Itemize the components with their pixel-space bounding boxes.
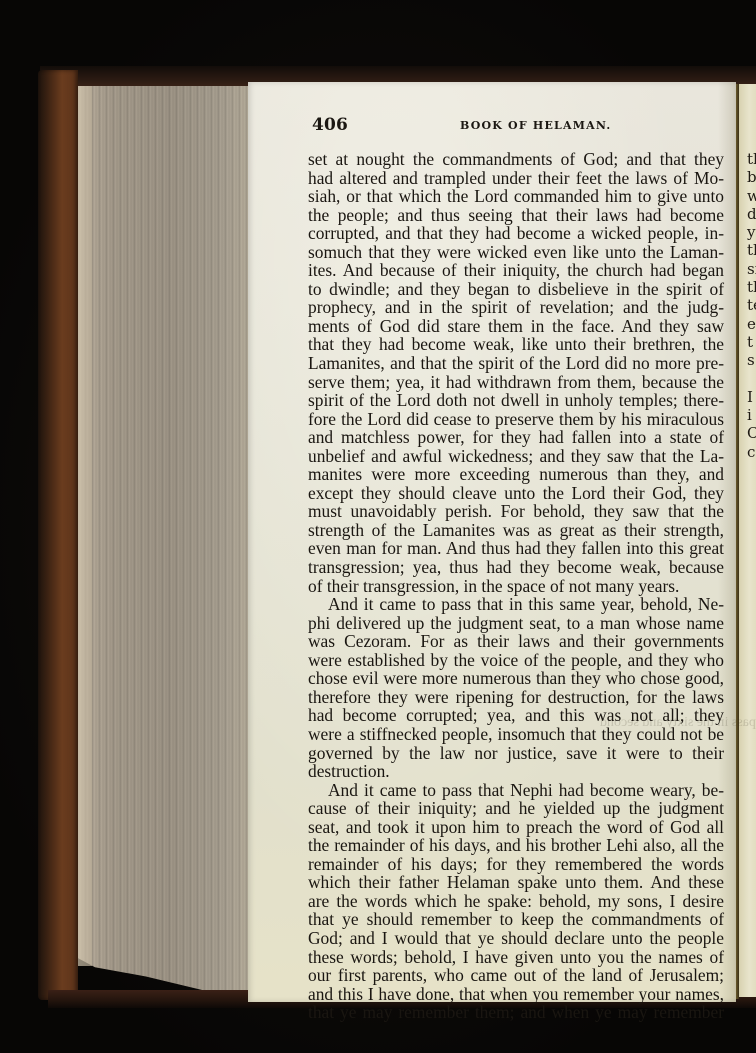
text-line: serve them; yea, it had withdrawn from t… xyxy=(308,373,724,392)
text-line: our first parents, who came out of the l… xyxy=(308,966,724,985)
text-line: therefore they were ripening for destruc… xyxy=(308,688,724,707)
text-line: unbelief and awful wickedness; and they … xyxy=(308,447,724,466)
text-line: even man for man. And thus had they fall… xyxy=(308,539,724,558)
text-line: were established by the voice of the peo… xyxy=(308,651,724,670)
text-line: somuch that they were wicked even like u… xyxy=(308,243,724,262)
text-line: was Cezoram. For as their laws and their… xyxy=(308,632,724,651)
text-line: manites were more exceeding numerous tha… xyxy=(308,465,724,484)
text-line: spirit of the Lord doth not dwell in unh… xyxy=(308,391,724,410)
text-line: must unavoidably perish. For behold, the… xyxy=(308,502,724,521)
next-page-peek-text: th b w d y th si th te e t s I i C c xyxy=(747,150,756,461)
text-line: destruction. xyxy=(308,762,724,781)
text-line: ments of God did stare them in the face.… xyxy=(308,317,724,336)
next-page-edge: th b w d y th si th te e t s I i C c xyxy=(739,84,756,997)
text-line: ites. And because of their iniquity, the… xyxy=(308,261,724,280)
text-line: these words; behold, I have given unto y… xyxy=(308,948,724,967)
text-line: are the words which he spake: behold, my… xyxy=(308,892,724,911)
text-line: phi delivered up the judgment seat, to a… xyxy=(308,614,724,633)
text-line: of their transgression, in the space of … xyxy=(308,577,724,596)
text-line: were a stiffnecked people, insomuch that… xyxy=(308,725,724,744)
page-stack-lip xyxy=(78,86,92,966)
text-line: prophecy, and in the spirit of revelatio… xyxy=(308,298,724,317)
text-line: chose evil were more numerous than they … xyxy=(308,669,724,688)
text-line: set at nought the commandments of God; a… xyxy=(308,150,724,169)
text-line: governed by the law nor justice, save it… xyxy=(308,744,724,763)
text-line: that they had become weak, like unto the… xyxy=(308,335,724,354)
text-line: seat, and took it upon him to preach the… xyxy=(308,818,724,837)
text-line: and matchless power, for they had fallen… xyxy=(308,428,724,447)
text-line: strength of the Lamanites was as great a… xyxy=(308,521,724,540)
text-line: to dwindle; and they began to disbelieve… xyxy=(308,280,724,299)
text-line: siah, or that which the Lord commanded h… xyxy=(308,187,724,206)
text-line: cause of their iniquity; and he yielded … xyxy=(308,799,724,818)
body-text: set at nought the commandments of God; a… xyxy=(308,150,724,1022)
text-line: And it came to pass that Nephi had becom… xyxy=(308,781,724,800)
book-title: BOOK OF HELAMAN. xyxy=(460,119,611,132)
text-line: corrupted, and that they had become a wi… xyxy=(308,224,724,243)
text-line: had altered and trampled under their fee… xyxy=(308,169,724,188)
text-line: which their father Helaman spake unto th… xyxy=(308,873,724,892)
text-line: that ye should remember to keep the comm… xyxy=(308,910,724,929)
page-number: 406 xyxy=(312,115,348,135)
text-line: the people; and thus seeing that their l… xyxy=(308,206,724,225)
text-line: transgression; yea, thus had they become… xyxy=(308,558,724,577)
text-line: the remainder of his days, and his broth… xyxy=(308,836,724,855)
text-line: that ye may remember them; and when ye m… xyxy=(308,1003,724,1022)
running-head: 406 BOOK OF HELAMAN. xyxy=(312,115,724,137)
text-line: And it came to pass that in this same ye… xyxy=(308,595,724,614)
text-line: remainder of his days; for they remember… xyxy=(308,855,724,874)
text-line: had become corrupted; yea, and this was … xyxy=(308,706,724,725)
text-line: fore the Lord did cease to preserve them… xyxy=(308,410,724,429)
text-line: God; and I would that ye should declare … xyxy=(308,929,724,948)
text-line: and this I have done, that when you reme… xyxy=(308,985,724,1004)
page-stack-fore-edge xyxy=(78,86,248,1004)
text-line: Lamanites, and that the spirit of the Lo… xyxy=(308,354,724,373)
text-line: except they should cleave unto the Lord … xyxy=(308,484,724,503)
book-cover-spine xyxy=(38,70,78,1000)
